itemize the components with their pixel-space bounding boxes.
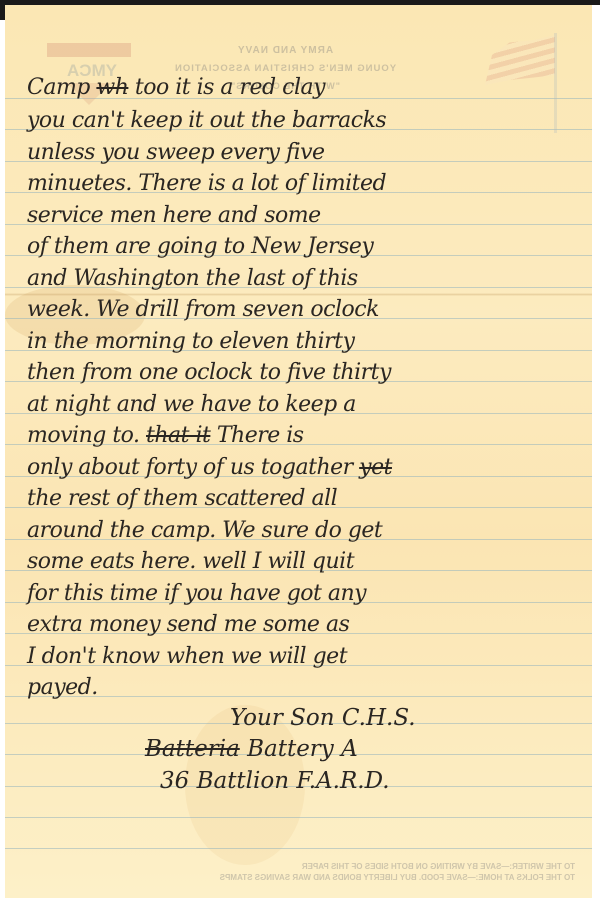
struck-text: that it — [146, 423, 210, 448]
letter-line: at night and we have to keep a — [27, 392, 356, 417]
ruled-line — [5, 848, 592, 849]
letter-line: minuetes. There is a lot of limited — [27, 171, 386, 196]
ymca-triangle-logo — [47, 43, 131, 57]
letter-line: and Washington the last of this — [27, 266, 358, 291]
letter-line: the rest of them scattered all — [27, 486, 337, 511]
struck-text: Batteria — [145, 736, 240, 762]
letter-line: only about forty of us togather yet — [27, 455, 392, 480]
letter-line: around the camp. We sure do get — [27, 518, 382, 543]
footer-writer-note: TO THE WRITER:—SAVE BY WRITING ON BOTH S… — [15, 862, 575, 871]
struck-text: yet — [359, 455, 392, 480]
letterhead-org-line2: YOUNG MEN'S CHRISTIAN ASSOCIATION — [135, 63, 435, 74]
letter-line: I don't know when we will get — [27, 644, 347, 669]
letter-line: unless you sweep every five — [27, 140, 325, 165]
letter-line: week. We drill from seven oclock — [27, 297, 379, 322]
letter-line: you can't keep it out the barracks — [27, 108, 386, 133]
letter-line: extra money send me some as — [27, 612, 349, 637]
letter-line: of them are going to New Jersey — [27, 234, 373, 259]
letter-line: then from one oclock to five thirty — [27, 360, 391, 385]
ruled-line — [5, 817, 592, 818]
letter-line: payed. — [27, 675, 98, 700]
letter-line: some eats here. well I will quit — [27, 549, 354, 574]
american-flag-icon — [485, 35, 555, 85]
letter-line: for this time if you have got any — [27, 581, 366, 606]
letter-line: Camp wh too it is a red clay — [27, 75, 325, 100]
letter-page: YMCA ARMY AND NAVY YOUNG MEN'S CHRISTIAN… — [5, 5, 592, 898]
letter-line: in the morning to eleven thirty — [27, 329, 354, 354]
signature-closing: Your Son C.H.S. — [230, 705, 416, 731]
letterhead-org-line1: ARMY AND NAVY — [135, 45, 435, 56]
struck-text: wh — [96, 75, 128, 100]
flagpole-icon — [554, 33, 557, 133]
footer-folks-note: TO THE FOLKS AT HOME:—SAVE FOOD. BUY LIB… — [15, 873, 575, 882]
letter-line: moving to. that it There is — [27, 423, 304, 448]
signature-battalion: 36 Battlion F.A.R.D. — [160, 768, 390, 794]
fold-crease — [5, 293, 592, 296]
signature-unit: Batteria Battery A — [145, 736, 358, 762]
letter-line: service men here and some — [27, 203, 321, 228]
